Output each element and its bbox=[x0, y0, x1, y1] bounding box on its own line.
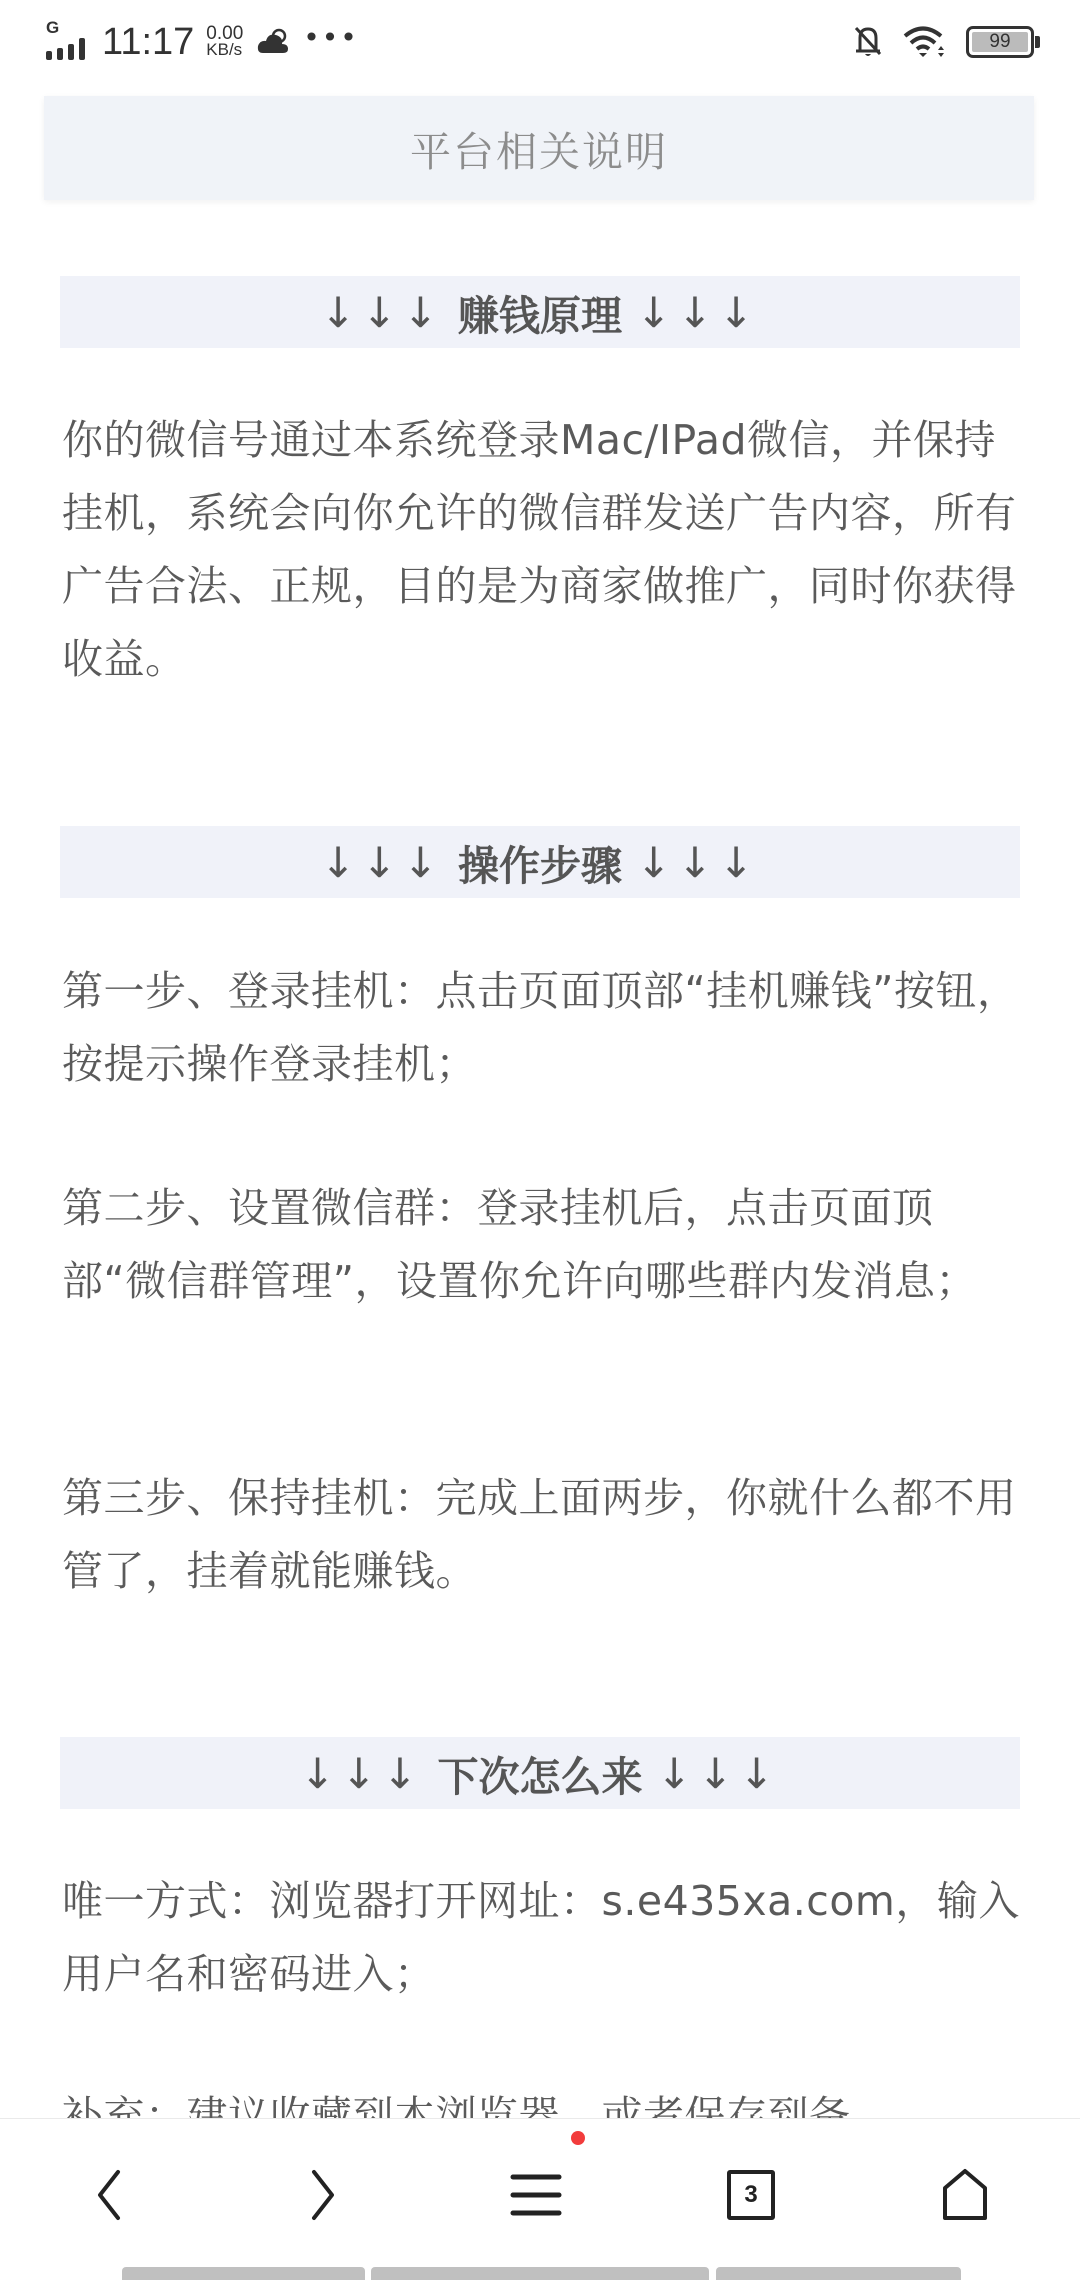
paragraph-step-1: 第一步、登录挂机：点击页面顶部“挂机赚钱”按钮，按提示操作登录挂机； bbox=[62, 955, 1022, 1101]
page-title: 平台相关说明 bbox=[410, 119, 668, 178]
menu-notification-dot bbox=[571, 2131, 585, 2145]
section-title: 赚钱原理 bbox=[458, 283, 622, 342]
speed-unit: KB/s bbox=[206, 42, 243, 58]
tabs-icon: 3 bbox=[727, 2170, 775, 2220]
paragraph-step-3: 第三步、保持挂机：完成上面两步，你就什么都不用管了，挂着就能赚钱。 bbox=[62, 1462, 1022, 1608]
chevron-right-icon bbox=[308, 2168, 338, 2222]
browser-bottom-nav: 3 bbox=[0, 2118, 1080, 2280]
menu-icon bbox=[510, 2172, 562, 2218]
gesture-bar-center[interactable] bbox=[371, 2267, 709, 2280]
signal-icon: G bbox=[46, 22, 92, 62]
paragraph-step-2: 第二步、设置微信群：登录挂机后，点击页面顶部“微信群管理”，设置你允许向哪些群内… bbox=[62, 1172, 1022, 1318]
battery-level: 99 bbox=[989, 31, 1010, 53]
section-header-steps: ↓↓↓ 操作步骤 ↓↓↓ bbox=[60, 826, 1020, 898]
section-header-earning-principle: ↓↓↓ 赚钱原理 ↓↓↓ bbox=[60, 276, 1020, 348]
tabs-button[interactable]: 3 bbox=[706, 2155, 796, 2235]
bell-muted-icon bbox=[852, 24, 884, 60]
forward-button[interactable] bbox=[278, 2155, 368, 2235]
network-type: G bbox=[46, 18, 59, 38]
gesture-bar-right[interactable] bbox=[716, 2267, 961, 2280]
wifi-icon bbox=[902, 24, 948, 60]
status-bar-right: 99 bbox=[852, 20, 1034, 64]
down-arrows-icon: ↓↓↓ bbox=[300, 1749, 424, 1798]
status-bar-left: G 11:17 0.00 KB/s ••• bbox=[46, 18, 359, 66]
more-dots-icon: ••• bbox=[303, 21, 359, 54]
back-button[interactable] bbox=[64, 2155, 154, 2235]
section-header-next-time: ↓↓↓ 下次怎么来 ↓↓↓ bbox=[60, 1737, 1020, 1809]
page-title-box: 平台相关说明 bbox=[44, 96, 1034, 200]
status-bar: G 11:17 0.00 KB/s ••• bbox=[0, 0, 1080, 82]
paragraph-access-method: 唯一方式：浏览器打开网址：s.e435xa.com，输入用户名和密码进入； bbox=[62, 1865, 1022, 2011]
section-title: 下次怎么来 bbox=[438, 1744, 643, 1803]
home-button[interactable] bbox=[920, 2155, 1010, 2235]
menu-button[interactable] bbox=[491, 2155, 581, 2235]
clock: 11:17 bbox=[102, 21, 194, 64]
down-arrows-icon: ↓↓↓ bbox=[320, 288, 444, 337]
section-title: 操作步骤 bbox=[458, 833, 622, 892]
gesture-bar-left[interactable] bbox=[122, 2267, 365, 2280]
down-arrows-icon: ↓↓↓ bbox=[636, 838, 760, 887]
paragraph-earning-principle: 你的微信号通过本系统登录Mac/IPad微信，并保持挂机，系统会向你允许的微信群… bbox=[62, 404, 1022, 696]
down-arrows-icon: ↓↓↓ bbox=[320, 838, 444, 887]
down-arrows-icon: ↓↓↓ bbox=[657, 1749, 781, 1798]
battery-indicator: 99 bbox=[966, 26, 1034, 58]
home-icon bbox=[941, 2168, 989, 2222]
network-speed: 0.00 KB/s bbox=[206, 26, 243, 58]
weather-cloud-icon bbox=[257, 27, 291, 57]
tab-count: 3 bbox=[744, 2181, 757, 2209]
chevron-left-icon bbox=[94, 2168, 124, 2222]
down-arrows-icon: ↓↓↓ bbox=[636, 288, 760, 337]
